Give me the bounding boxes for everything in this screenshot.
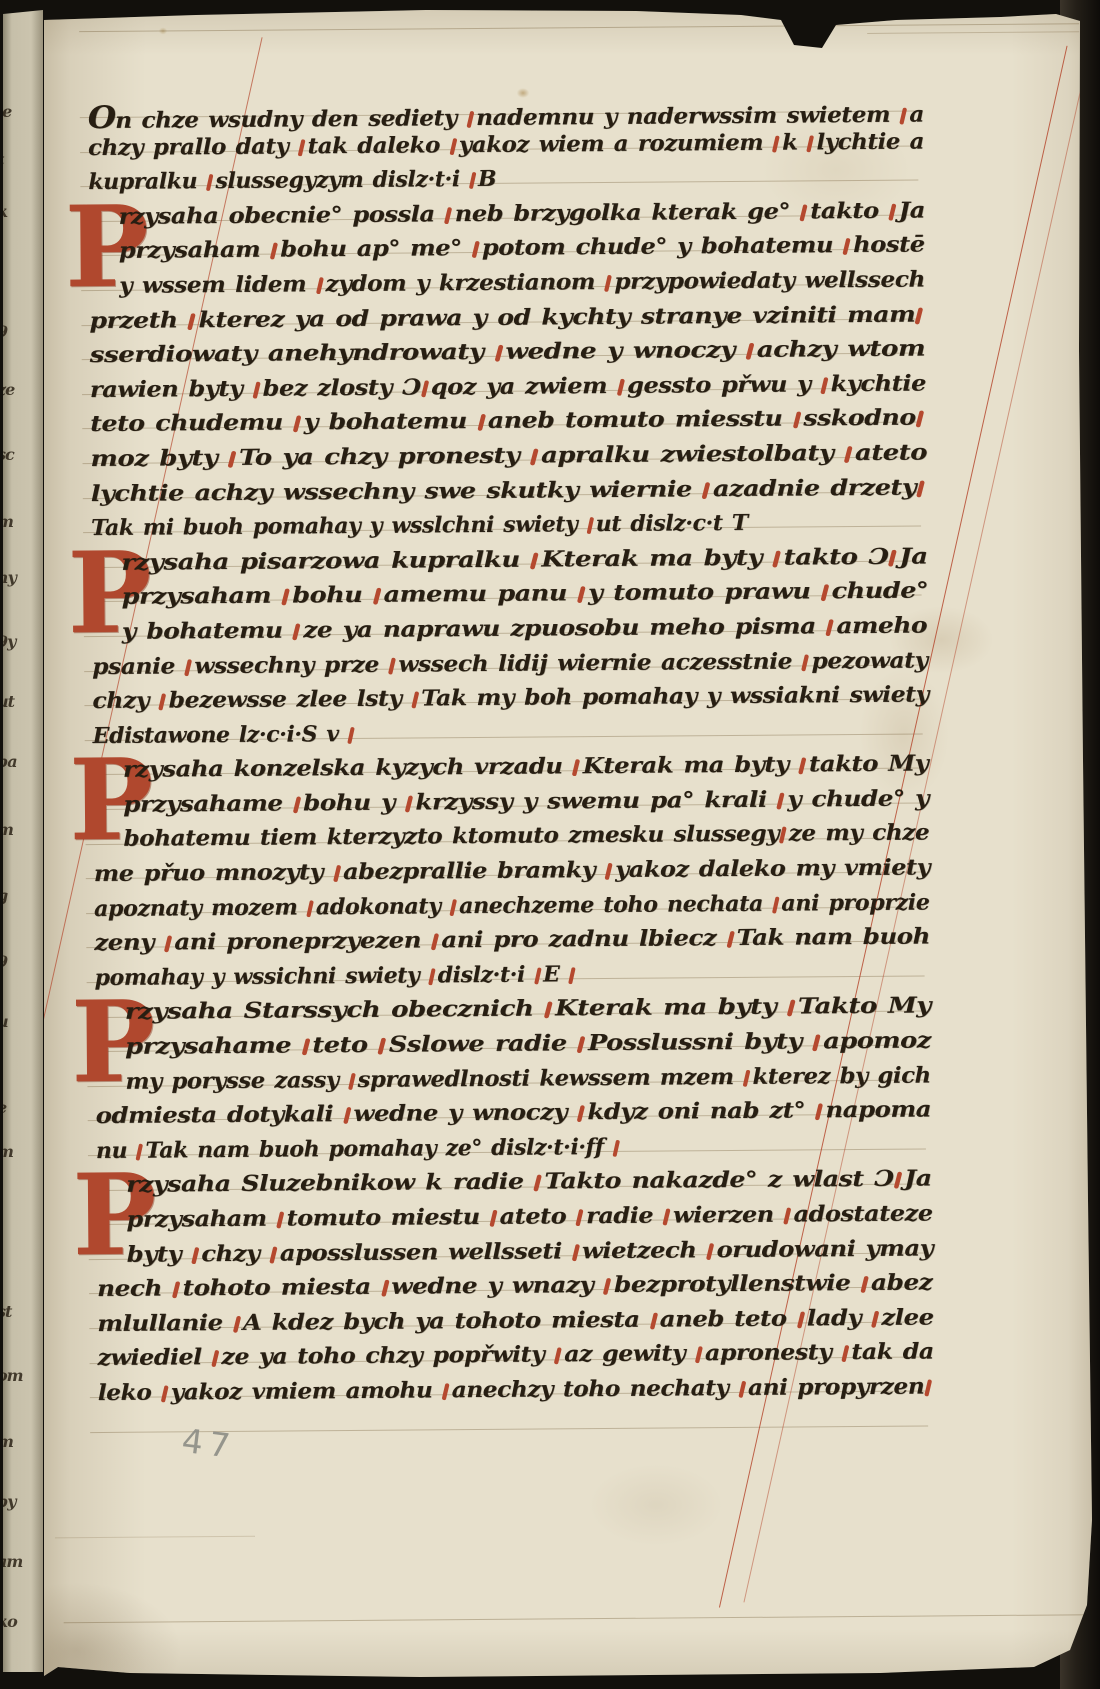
oath-text-block: On chze wsudny den sediety nademnu y nad…: [88, 93, 936, 1414]
horizontal-ruling-line: [64, 1614, 1100, 1623]
rubric-virgule-mark: [298, 139, 306, 156]
rubric-virgule-mark: [444, 207, 452, 224]
rubric-virgule-mark: [899, 107, 907, 124]
oath-paragraph: Przysaha Starssych obecznich Kterak ma b…: [95, 993, 934, 1173]
rubric-virgule-mark: [577, 586, 586, 603]
rubric-virgule-mark: [743, 1069, 751, 1086]
rubric-virgule-mark: [577, 1036, 586, 1053]
manuscript-line-text: rzysaha pisarzowa kupralku Kterak ma byt…: [121, 543, 927, 575]
manuscript-line-text: byty chzy aposslussen wellsseti wietzech…: [127, 1235, 934, 1267]
clipped-letter-fragment: m: [3, 1142, 13, 1161]
rubric-virgule-mark: [489, 1210, 497, 1227]
rubric-virgule-mark: [924, 1379, 932, 1396]
manuscript-line-text: moz byty To ya chzy pronesty apralku zwi…: [90, 439, 927, 472]
rubric-virgule-mark: [164, 935, 172, 952]
rubric-virgule-mark: [388, 657, 396, 674]
manuscript-line-text: przysaham bohu amemu panu y tomuto prawu…: [121, 578, 928, 610]
manuscript-line-text: lychtie achzy wssechny swe skutky wierni…: [91, 474, 927, 507]
manuscript-line-text: rzysaha Sluzebnikow k radie Takto nakazd…: [126, 1166, 932, 1198]
manuscript-line-text: przysaham tomuto miestu ateto radie wier…: [126, 1200, 932, 1232]
rubric-virgule-mark: [841, 1345, 849, 1362]
rubric-virgule-mark: [544, 1002, 553, 1019]
rubric-virgule-mark: [373, 588, 382, 605]
rubric-virgule-mark: [815, 1103, 823, 1120]
rubric-virgule-mark: [232, 1315, 240, 1332]
rubric-virgule-mark: [411, 691, 419, 708]
manuscript-line-text: przeth kterez ya od prawa y od kychty st…: [89, 301, 925, 334]
rubric-virgule-mark: [792, 412, 801, 429]
manuscript-line-text: rawien byty bez zlosty Ɔqoz ya zwiem ges…: [90, 370, 926, 403]
manuscript-line-text: chzy prallo daty tak daleko yakoz wiem a…: [88, 128, 924, 161]
clipped-letter-fragment: ze: [3, 380, 14, 399]
clipped-letter-fragment: k: [3, 202, 7, 221]
clipped-letter-fragment: ko: [3, 1612, 17, 1631]
manuscript-line-text: odmiesta dotykali wedne y wnoczy kdyz on…: [96, 1097, 932, 1130]
rubric-virgule-mark: [431, 933, 439, 950]
manuscript-line-text: my porysse zassy sprawedlnosti kewssem m…: [125, 1062, 930, 1094]
rubric-virgule-mark: [530, 448, 539, 465]
rubric-virgule-mark: [494, 345, 503, 362]
manuscript-line-text: zwiediel ze ya toho chzy popřwity az gew…: [97, 1339, 933, 1372]
manuscript-line-text: sserdiowaty anehyndrowaty wedne y wnoczy…: [90, 336, 926, 369]
rubric-virgule-mark: [450, 899, 458, 916]
horizontal-ruling-line: [867, 31, 1079, 34]
rubric-virgule-mark: [783, 1207, 791, 1224]
rubric-virgule-mark: [617, 378, 625, 395]
rubric-virgule-mark: [572, 759, 580, 776]
clipped-letter-fragment: am: [3, 1552, 22, 1571]
clipped-letter-fragment: st: [3, 1302, 11, 1321]
rubric-virgule-mark: [292, 623, 301, 640]
rubric-virgule-mark: [772, 550, 781, 567]
parchment-page: On chze wsudny den sediety nademnu y nad…: [36, 0, 1096, 1689]
rubric-virgule-mark: [695, 1346, 703, 1363]
oath-paragraph: Przysaha pisarzowa kupralku Kterak ma by…: [91, 543, 931, 757]
rubric-virgule-mark: [745, 343, 754, 360]
rubric-virgule-mark: [228, 451, 237, 468]
clipped-letter-fragment: ba: [3, 752, 17, 771]
rubric-virgule-mark: [915, 307, 924, 324]
rubric-virgule-mark: [405, 795, 414, 812]
rubric-virgule-mark: [184, 658, 192, 675]
manuscript-line-text: rzysaha Starssych obecznich Kterak ma by…: [125, 993, 931, 1025]
oath-paragraph: Przysaha obecnie° possla neb brzygolka k…: [89, 197, 930, 550]
manuscript-line-text: pomahay y wssichni swiety dislz·t·i E: [94, 961, 577, 991]
clipped-letter-fragment: by: [3, 1492, 15, 1511]
rubric-virgule-mark: [191, 1247, 199, 1264]
rubric-virgule-mark: [315, 277, 323, 294]
rubric-virgule-mark: [381, 1280, 390, 1297]
rubric-virgule-mark: [534, 967, 542, 984]
manuscript-line-text: bohatemu tiem kterzyzto ktomuto zmesku s…: [123, 820, 929, 852]
manuscript-photo: { "document": { "kind": "medieval-manusc…: [0, 0, 1100, 1689]
rubric-virgule-mark: [269, 1246, 277, 1263]
rubric-virgule-mark: [158, 693, 166, 710]
rubric-virgule-mark: [568, 967, 576, 984]
rubric-virgule-mark: [442, 1383, 450, 1400]
rubric-virgule-mark: [206, 174, 214, 191]
rubric-virgule-mark: [428, 968, 436, 985]
manuscript-line-text: nech tohoto miesta wedne y wnazy bezprot…: [97, 1270, 932, 1303]
manuscript-line-text: psanie wssechny prze wssech lidij wierni…: [92, 647, 928, 680]
rubric-virgule-mark: [466, 111, 474, 128]
clipped-letter-fragment: m: [3, 820, 13, 839]
rubric-virgule-mark: [787, 1000, 796, 1017]
manuscript-line-text: Tak mi buoh pomahay y wsslchni swiety ut…: [91, 510, 748, 541]
horizontal-ruling-line: [79, 23, 1079, 32]
manuscript-line-text: rzysaha konzelska kyzych vrzadu Kterak m…: [123, 751, 929, 783]
rubric-virgule-mark: [534, 1175, 543, 1192]
rubric-virgule-mark: [772, 135, 780, 152]
rubric-virgule-mark: [779, 827, 787, 844]
rubric-virgule-mark: [772, 896, 780, 913]
clipped-letter-fragment: 9y: [3, 632, 15, 651]
clipped-letter-fragment: u: [3, 1012, 8, 1031]
clipped-letter-fragment: om: [3, 1366, 23, 1385]
clipped-letter-fragment: ut: [3, 692, 14, 711]
rubric-virgule-mark: [663, 1208, 671, 1225]
rubric-virgule-mark: [604, 275, 612, 292]
rubric-virgule-mark: [281, 589, 290, 606]
rubric-virgule-mark: [807, 135, 815, 152]
rubric-virgule-mark: [844, 446, 853, 463]
manuscript-line-text: mlullanie A kdez bych ya tohoto miesta a…: [97, 1304, 934, 1337]
rubric-virgule-mark: [613, 1139, 621, 1156]
rubric-virgule-mark: [820, 377, 828, 394]
rubric-virgule-mark: [576, 1209, 584, 1226]
rubric-virgule-mark: [888, 203, 896, 220]
rubric-virgule-mark: [571, 1244, 579, 1261]
oath-paragraph: On chze wsudny den sediety nademnu y nad…: [88, 93, 927, 203]
rubric-virgule-mark: [843, 238, 851, 255]
rubric-virgule-mark: [915, 411, 924, 428]
clipped-letter-fragment: m: [3, 1432, 13, 1451]
rubric-virgule-mark: [860, 1276, 869, 1293]
rubric-virgule-mark: [738, 1381, 746, 1398]
manuscript-line-text: przysaham bohu ap° me° potom chude° y bo…: [119, 232, 925, 264]
clipped-letter-fragment: 9: [3, 952, 7, 971]
clipped-letter-fragment: g: [3, 886, 7, 905]
horizontal-ruling-line: [55, 1536, 255, 1539]
manuscript-line-text: rzysaha obecnie° possla neb brzygolka kt…: [119, 197, 926, 229]
clipped-letter-fragment: sc: [3, 445, 14, 464]
rubric-virgule-mark: [530, 552, 539, 569]
manuscript-line-text: me přuo mnozyty abezprallie bramky yakoz…: [94, 855, 931, 888]
rubric-virgule-mark: [172, 1281, 181, 1298]
manuscript-line-text: kupralku slussegyzym dislz·t·i B: [88, 166, 496, 195]
manuscript-line-text: przysahame teto Sslowe radie Posslussni …: [125, 1028, 931, 1060]
rubric-virgule-mark: [292, 796, 301, 813]
rubric-virgule-mark: [211, 1350, 219, 1367]
rubric-virgule-mark: [343, 1107, 351, 1124]
manuscript-line: leko yakoz vmiem amohu anechzy toho nech…: [98, 1373, 936, 1414]
rubric-virgule-mark: [796, 1311, 804, 1328]
rubric-virgule-mark: [821, 584, 830, 601]
rubric-virgule-mark: [649, 1312, 657, 1329]
rubric-virgule-mark: [799, 757, 807, 774]
rubric-virgule-mark: [888, 549, 897, 566]
manuscript-line-text: teto chudemu y bohatemu aneb tomuto mies…: [90, 405, 926, 438]
previous-page-edge: letkl9zescmhy9yutbamg9uemstommbyamko: [3, 0, 43, 1672]
rubric-virgule-mark: [471, 241, 479, 258]
rubric-virgule-mark: [306, 900, 314, 917]
rubric-virgule-mark: [420, 380, 428, 397]
oath-paragraph: Przysaha konzelska kyzych vrzadu Kterak …: [93, 751, 933, 1000]
clipped-letter-fragment: 9: [3, 322, 7, 341]
rubric-virgule-mark: [554, 1347, 562, 1364]
rubric-virgule-mark: [378, 1038, 387, 1055]
clipped-letter-fragment: le: [3, 102, 11, 121]
clipped-letter-fragment: hy: [3, 568, 16, 587]
manuscript-line-text: leko yakoz vmiem amohu anechzy toho nech…: [98, 1373, 934, 1406]
rubric-virgule-mark: [477, 414, 486, 431]
ink-initial: O: [88, 100, 116, 136]
rubric-virgule-mark: [270, 243, 278, 260]
rubric-virgule-mark: [826, 619, 835, 636]
manuscript-line-text: apoznaty mozem adokonaty anechzeme toho …: [94, 889, 930, 922]
rubric-virgule-mark: [469, 172, 477, 189]
clipped-letter-fragment: m: [3, 512, 13, 531]
rubric-virgule-mark: [449, 137, 457, 154]
rubric-virgule-mark: [348, 726, 356, 743]
rubric-virgule-mark: [333, 865, 341, 882]
manuscript-line-text: chzy bezewsse zlee lsty Tak my boh pomah…: [92, 682, 929, 715]
manuscript-line-text: zeny ani proneprzyezen ani pro zadnu lbi…: [94, 924, 930, 957]
manuscript-line-text: y wssem lidem zydom y krzestianom przypo…: [119, 266, 925, 298]
rubric-virgule-mark: [801, 654, 809, 671]
rubric-virgule-mark: [706, 1242, 714, 1259]
rubric-virgule-mark: [800, 204, 808, 221]
rubric-virgule-mark: [871, 1310, 879, 1327]
rubric-virgule-mark: [301, 1038, 310, 1055]
manuscript-line-text: y bohatemu ze ya naprawu zpuosobu meho p…: [122, 612, 927, 644]
rubric-virgule-mark: [893, 1172, 902, 1189]
rubric-virgule-mark: [577, 1105, 585, 1122]
rubric-virgule-mark: [293, 415, 302, 432]
rubric-virgule-mark: [812, 1034, 821, 1051]
manuscript-line-text: nu Tak nam buoh pomahay ze° dislz·t·i·ff: [96, 1134, 622, 1164]
folio-number-pencil: 47: [180, 1421, 238, 1466]
rubric-virgule-mark: [603, 1278, 612, 1295]
rubric-virgule-mark: [586, 517, 594, 534]
rubric-virgule-mark: [726, 931, 734, 948]
rubric-virgule-mark: [348, 1072, 356, 1089]
rubric-virgule-mark: [702, 481, 711, 498]
oath-paragraph: Przysaha Sluzebnikow k radie Takto nakaz…: [96, 1166, 936, 1415]
rubric-virgule-mark: [276, 1211, 284, 1228]
clipped-letter-fragment: e: [3, 1098, 6, 1117]
rubric-virgule-mark: [161, 1385, 169, 1402]
rubric-virgule-mark: [916, 480, 925, 497]
rubric-virgule-mark: [777, 792, 786, 809]
rubric-virgule-mark: [605, 863, 613, 880]
rubric-virgule-mark: [188, 313, 197, 330]
rubric-virgule-mark: [252, 381, 260, 398]
manuscript-line-text: przysahame bohu y krzyssy y swemu pa° kr…: [123, 785, 929, 817]
